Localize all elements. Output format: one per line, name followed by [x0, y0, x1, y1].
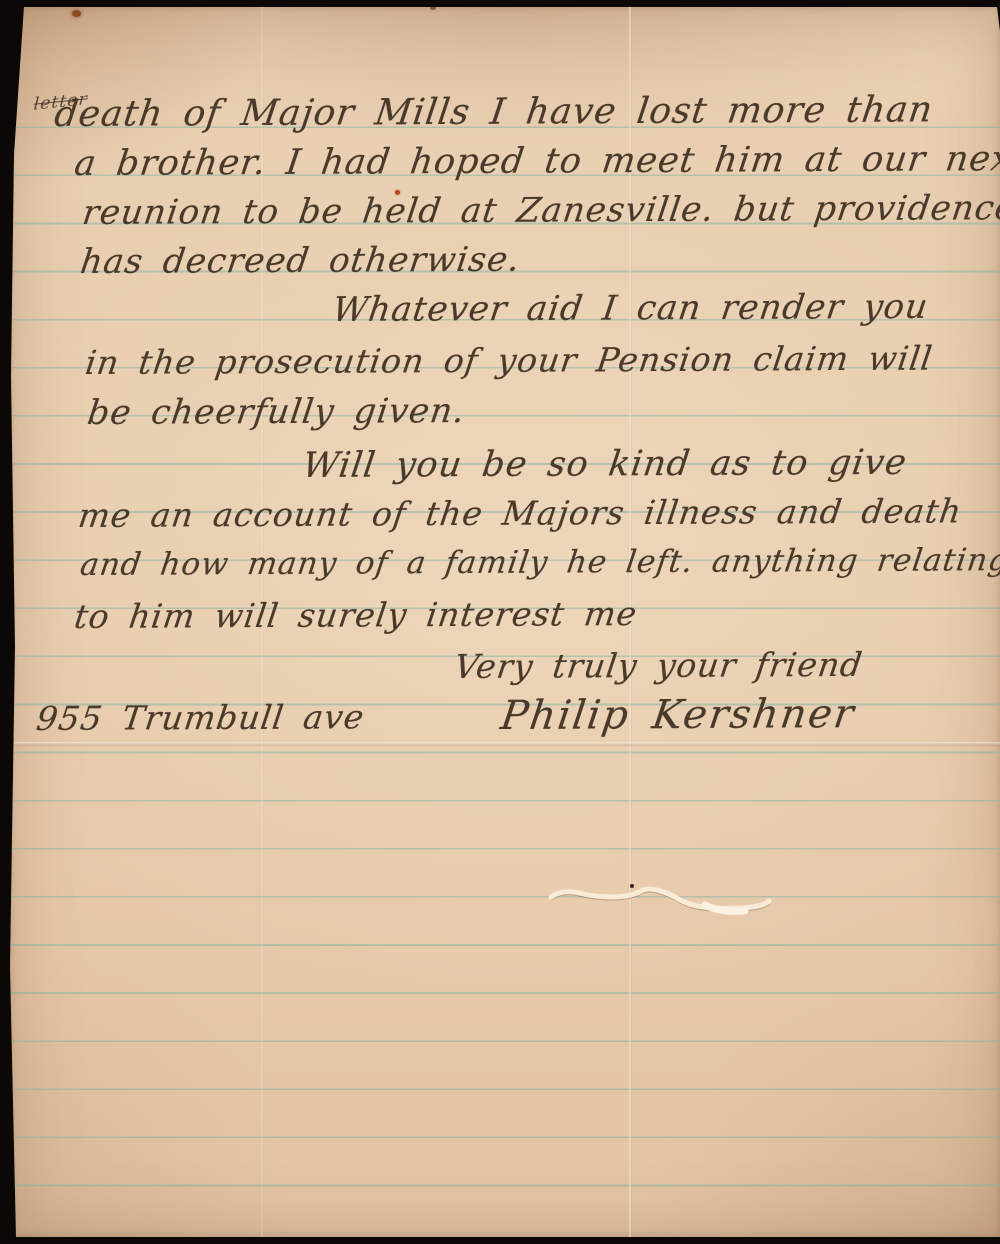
handwriting-line: has decreed otherwise.: [78, 240, 523, 282]
rust-stain: [72, 10, 81, 17]
handwriting-line: me an account of the Majors illness and …: [76, 491, 964, 535]
handwriting-line: in the prosecution of your Pension claim…: [83, 339, 935, 382]
edge-stain: [430, 6, 436, 10]
handwriting-line: Very truly your friend: [452, 645, 865, 686]
handwriting-line: be cheerfully given.: [85, 391, 468, 433]
handwriting-line: to him will surely interest me: [72, 594, 640, 636]
signature: Philip Kershner: [498, 691, 858, 739]
letter-page: letter death of Major Mills I have lost …: [10, 7, 1000, 1237]
handwriting-line: reunion to be held at Zanesville. but pr…: [80, 188, 1000, 233]
handwriting-line: and how many of a family he left. anythi…: [78, 542, 1000, 583]
handwriting-line: death of Major Mills I have lost more th…: [52, 89, 936, 135]
handwriting-line: Whatever aid I can render you: [330, 287, 931, 330]
address-line: 955 Trumbull ave: [34, 697, 367, 738]
horizontal-fold-crease: [10, 742, 1000, 746]
paper-tear: [545, 875, 785, 921]
handwriting-line: a brother. I had hoped to meet him at ou…: [72, 139, 1000, 184]
handwriting-line: Will you be so kind as to give: [300, 443, 910, 486]
scan-background: letter death of Major Mills I have lost …: [0, 0, 1000, 1244]
